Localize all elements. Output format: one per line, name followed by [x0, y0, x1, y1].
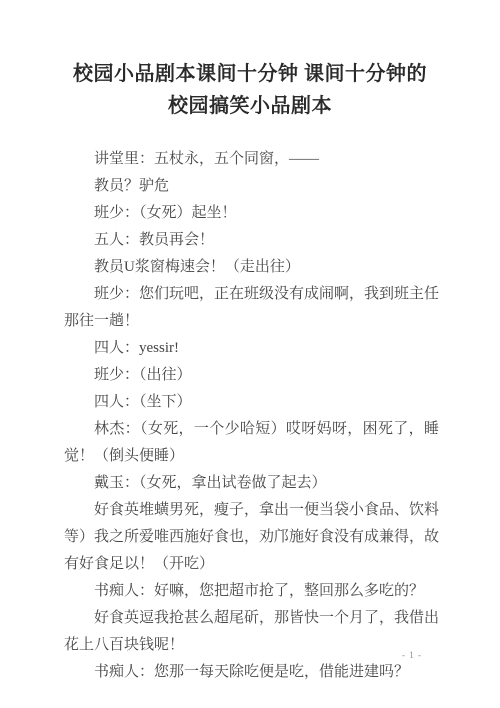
script-line: 书痴人：好嘛，您把超市抢了，整回那么多吃的？ [64, 578, 439, 605]
script-line: 书痴人：您那一每天除吃便是吃，借能进建吗？ [64, 659, 439, 686]
script-line: 五人：教员再会！ [64, 227, 439, 254]
page-number: - 1 - [402, 650, 422, 660]
script-line: 班少：（女死）起坐！ [64, 200, 439, 227]
script-line: 四人：（坐下） [64, 389, 439, 416]
script-line: 讲堂里：五杖永，五个同窗，—— [64, 146, 439, 173]
script-line: 戴玉：（女死，拿出试卷做了起去） [64, 470, 439, 497]
script-line: 教员U浆窗梅速会！（走出往） [64, 254, 439, 281]
page-title: 校园小品剧本课间十分钟 课间十分钟的校园搞笑小品剧本 [66, 58, 434, 122]
document-page: 校园小品剧本课间十分钟 课间十分钟的校园搞笑小品剧本 讲堂里：五杖永，五个同窗，… [0, 0, 500, 708]
script-line: 好食英逗我抢甚么超尾斫，那皆快一个月了，我借出花上八百块钱呢！ [64, 605, 439, 659]
script-line: 班少：（出往） [64, 362, 439, 389]
script-body: 讲堂里：五杖永，五个同窗，—— 教员？驴危 班少：（女死）起坐！ 五人：教员再会… [0, 146, 500, 686]
script-line: 林杰：（女死，一个少哈短）哎呀妈呀，困死了，睡觉！（倒头便睡） [64, 416, 439, 470]
script-line: 四人：yessir! [64, 335, 439, 362]
script-line: 好食英堆蟥男死，瘦子，拿出一便当袋小食品、饮料等）我之所爱唯西施好食也，劝邝施好… [64, 497, 439, 578]
script-line: 教员？驴危 [64, 173, 439, 200]
script-line: 班少：您们玩吧，正在班级没有成闹啊，我到班主任那往一趟！ [64, 281, 439, 335]
